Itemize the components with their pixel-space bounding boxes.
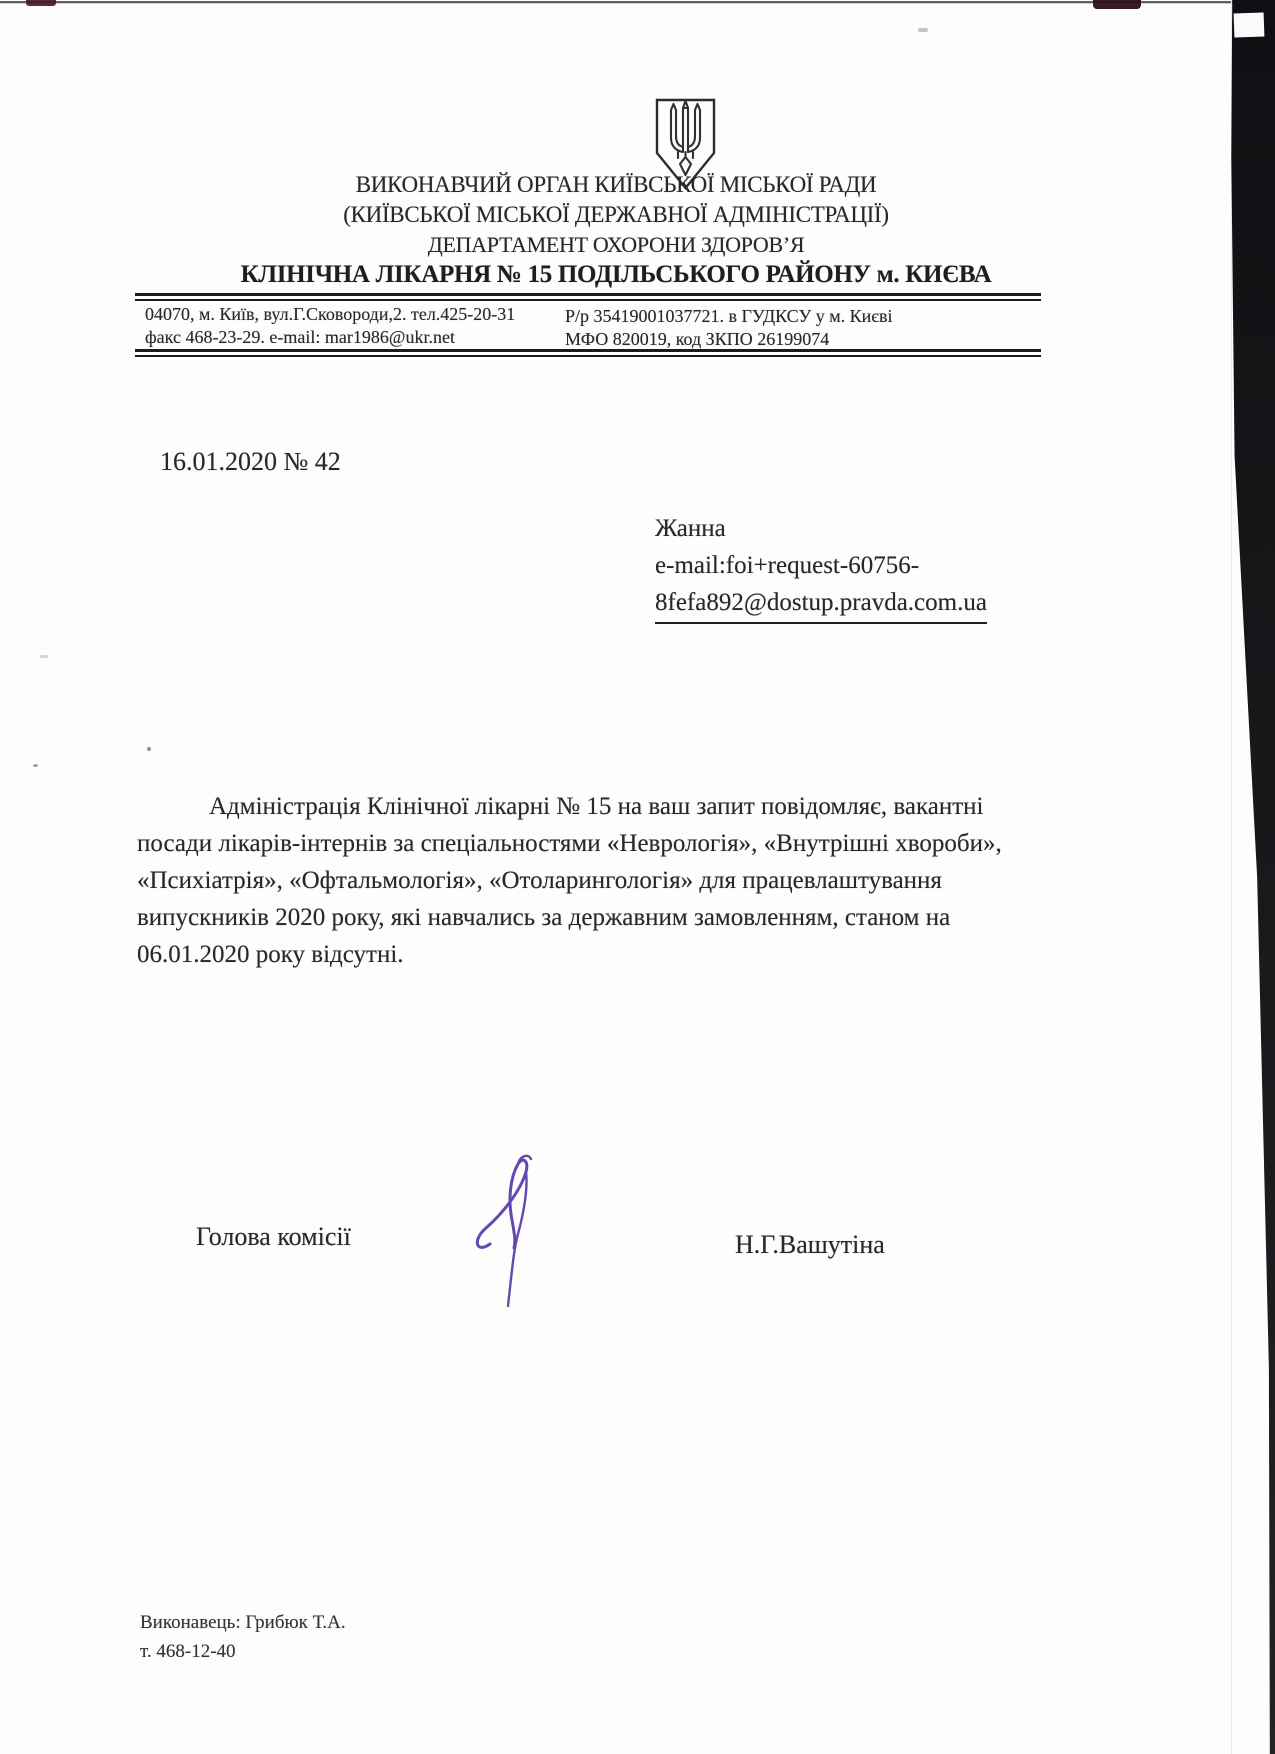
- org-line-2: (КИЇВСЬКОЇ МІСЬКОЇ ДЕРЖАВНОЇ АДМІНІСТРАЦ…: [0, 200, 1232, 230]
- executor-phone-line: т. 468-12-40: [140, 1637, 346, 1666]
- org-header-block: ВИКОНАВЧИЙ ОРГАН КИЇВСЬКОЇ МІСЬКОЇ РАДИ …: [0, 170, 1232, 291]
- body-line: «Психіатрія», «Офтальмологія», «Отоларин…: [137, 862, 1052, 899]
- scan-speck: [33, 764, 38, 767]
- recipient-email-underlined: 8fefa892@dostup.pravda.com.ua: [655, 584, 987, 624]
- scan-edge-notch: [1234, 12, 1265, 37]
- body-paragraph: Адміністрація Клінічної лікарні № 15 на …: [137, 788, 1052, 973]
- executor-name-line: Виконавець: Грибюк Т.А.: [140, 1608, 346, 1637]
- doc-date-number: 16.01.2020 № 42: [160, 447, 341, 477]
- org-line-4-hospital-title: КЛІНІЧНА ЛІКАРНЯ № 15 ПОДІЛЬСЬКОГО РАЙОН…: [0, 259, 1232, 291]
- contact-fax-email-line: факс 468-23-29. e-mail: mar1986@ukr.net: [145, 326, 515, 349]
- header-double-rule-bottom: [135, 349, 1041, 357]
- scan-corner-mark-right: [1093, 0, 1141, 9]
- body-line: посади лікарів-інтернів за спеціальностя…: [137, 825, 1052, 862]
- scan-corner-mark-left: [26, 0, 56, 6]
- scan-speck: [40, 655, 48, 658]
- recipient-name: Жанна: [655, 510, 987, 547]
- signature-name: Н.Г.Вашутіна: [735, 1230, 885, 1260]
- body-line: випускників 2020 року, які навчались за …: [137, 899, 1052, 936]
- letter-page: ВИКОНАВЧИЙ ОРГАН КИЇВСЬКОЇ МІСЬКОЇ РАДИ …: [0, 0, 1275, 1754]
- scan-fold-line: [1231, 0, 1232, 1754]
- scan-smudge-mark: [918, 28, 928, 32]
- contact-block-right: Р/р 35419001037721. в ГУДКСУ у м. Києві …: [565, 305, 892, 351]
- org-line-3: ДЕПАРТАМЕНТ ОХОРОНИ ЗДОРОВ’Я: [0, 230, 1232, 259]
- scan-edge-right-band: [1228, 0, 1275, 1754]
- scan-speck: [147, 747, 151, 751]
- signature-ink-scribble: [468, 1148, 578, 1313]
- contact-account-line: Р/р 35419001037721. в ГУДКСУ у м. Києві: [565, 305, 892, 328]
- scan-edge-top-line-2: [0, 3, 1275, 4]
- body-line: Адміністрація Клінічної лікарні № 15 на …: [137, 788, 1052, 825]
- contact-block-left: 04070, м. Київ, вул.Г.Сковороди,2. тел.4…: [145, 303, 515, 349]
- org-line-1: ВИКОНАВЧИЙ ОРГАН КИЇВСЬКОЇ МІСЬКОЇ РАДИ: [0, 170, 1232, 200]
- contact-mfo-line: МФО 820019, код ЗКПО 26199074: [565, 328, 892, 351]
- body-line: 06.01.2020 року відсутні.: [137, 936, 1052, 973]
- recipient-email-line1: e-mail:foi+request-60756-: [655, 547, 987, 584]
- header-double-rule-top: [135, 293, 1041, 301]
- recipient-email-line2: 8fefa892@dostup.pravda.com.ua: [655, 584, 987, 624]
- recipient-block: Жанна e-mail:foi+request-60756- 8fefa892…: [655, 510, 987, 624]
- signature-role-label: Голова комісії: [196, 1222, 351, 1252]
- executor-block: Виконавець: Грибюк Т.А. т. 468-12-40: [140, 1608, 346, 1666]
- contact-address-line: 04070, м. Київ, вул.Г.Сковороди,2. тел.4…: [145, 303, 515, 326]
